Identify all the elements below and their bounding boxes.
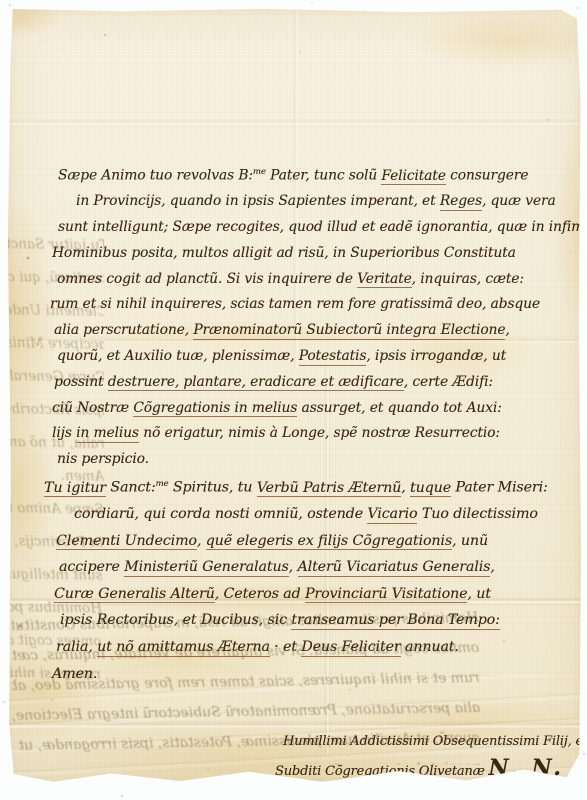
manuscript-text-segment: Tu igitur bbox=[44, 480, 106, 498]
manuscript-text-segment: consurgere bbox=[446, 168, 529, 184]
manuscript-text-segment: accipere bbox=[59, 559, 124, 575]
manuscript-text-segment: Felicitate bbox=[381, 168, 445, 186]
manuscript-text-segment: Humillimi Addictissimi Obsequentissimi F… bbox=[283, 734, 587, 749]
manuscript-text-segment: assurget, et quando tot Auxi: bbox=[297, 400, 502, 416]
manuscript-line: Sæpe Animo tuo revolvas B:me Pater, tunc… bbox=[58, 160, 587, 189]
manuscript-text-segment: in Provincijs, quando in ipsis Sapientes… bbox=[76, 193, 440, 209]
manuscript-line: ralia, ut nõ amittamus Æterna · et Deus … bbox=[56, 634, 548, 661]
manuscript-text-segment: destruere, plantare, eradicare et ædific… bbox=[108, 374, 404, 392]
manuscript-text-segment: Subditi Cõgregationis Olivetanæ bbox=[275, 764, 489, 779]
manuscript-text-segment: , Ceteros ad bbox=[215, 586, 305, 602]
manuscript-text-segment: Alterũ Vicariatus Generalis bbox=[298, 559, 491, 577]
manuscript-line: cordiarũ, qui corda nosti omniũ, ostende… bbox=[74, 501, 548, 528]
manuscript-text-segment: , inquiras, cæte: bbox=[412, 271, 524, 287]
scanned-letter: Tu igitur Sanct:me Spiritus, tu Verbũ Pa… bbox=[0, 0, 587, 800]
manuscript-text-segment: Amen. bbox=[52, 666, 97, 682]
manuscript-text-segment: possint bbox=[54, 374, 108, 390]
manuscript-text-segment: quorũ, et Auxilio tuæ, plenissimæ, bbox=[57, 348, 299, 364]
manuscript-line: Curæ Generalis Alterũ, Ceteros ad Provin… bbox=[54, 581, 548, 608]
manuscript-text-segment: Sanct: bbox=[106, 480, 156, 496]
manuscript-text-segment: Ministeriũ Generalatus bbox=[124, 559, 289, 577]
manuscript-line: ciũ Nostræ Cõgregationis in melius assur… bbox=[52, 396, 587, 422]
manuscript-text-segment: , ut bbox=[467, 586, 490, 602]
manuscript-page: Tu igitur Sanct:me Spiritus, tu Verbũ Pa… bbox=[8, 9, 581, 785]
manuscript-line: Hominibus posita, multos alligit ad risũ… bbox=[52, 241, 587, 267]
manuscript-line: nis perspicio. bbox=[57, 447, 587, 473]
manuscript-text-segment: Deus Feliciter bbox=[301, 639, 400, 657]
manuscript-line: Amen. bbox=[52, 661, 548, 688]
manuscript-text-segment: N. N. bbox=[489, 755, 564, 781]
manuscript-line: lijs in melius nõ erigatur, nimis à Long… bbox=[52, 421, 587, 447]
manuscript-line: accipere Ministeriũ Generalatus, Alterũ … bbox=[59, 554, 548, 581]
manuscript-text-segment: Sæpe Animo tuo revolvas B: bbox=[58, 168, 253, 184]
letter-body-paragraph-2: Tu igitur Sanct:me Spiritus, tu Verbũ Pa… bbox=[44, 471, 548, 687]
manuscript-text-segment: me bbox=[156, 479, 169, 489]
manuscript-text-segment: alia perscrutatione, bbox=[54, 322, 193, 338]
manuscript-text-segment: nõ erigatur, nimis à Longe, spẽ nostræ R… bbox=[139, 425, 500, 441]
manuscript-text-segment: Hominibus posita, multos alligit ad risũ… bbox=[52, 245, 516, 261]
manuscript-text-segment: ralia, bbox=[56, 639, 97, 655]
manuscript-line: omnes cogit ad planctũ. Si vis inquirere… bbox=[57, 267, 587, 293]
signature-line: Humillimi Addictissimi Obsequentissimi F… bbox=[283, 729, 587, 755]
manuscript-text-segment: ciũ Nostræ bbox=[52, 400, 133, 416]
manuscript-line: Tu igitur Sanct:me Spiritus, tu Verbũ Pa… bbox=[44, 471, 548, 501]
manuscript-text-segment: , unũ bbox=[452, 533, 488, 549]
manuscript-line: in Provincijs, quando in ipsis Sapientes… bbox=[76, 189, 587, 215]
manuscript-text-segment: Provinciarũ Visitatione bbox=[305, 586, 467, 604]
manuscript-text-segment: Pater Miseri: bbox=[451, 480, 548, 496]
manuscript-text-segment: nis perspicio. bbox=[57, 451, 149, 467]
manuscript-text-segment: , bbox=[197, 533, 206, 549]
manuscript-text-segment: Vicario bbox=[367, 506, 417, 524]
manuscript-line: quorũ, et Auxilio tuæ, plenissimæ, Potes… bbox=[57, 344, 587, 370]
manuscript-text-segment: , bbox=[490, 559, 494, 575]
manuscript-text-segment: ipsis Rectoribus, et Ducibus, sic bbox=[60, 612, 291, 628]
manuscript-text-segment: omnes cogit ad planctũ. Si vis inquirere… bbox=[57, 271, 357, 287]
fold-crease-horizontal bbox=[8, 119, 581, 125]
manuscript-text-segment: transeamus per Bona Tempo: bbox=[291, 612, 499, 630]
signature-line: Subditi Cõgregationis Olivetanæ N. N. bbox=[275, 755, 587, 785]
manuscript-text-segment: Verbũ Patris Æternũ bbox=[257, 480, 401, 498]
manuscript-text-segment: Cõgregationis in melius bbox=[133, 400, 297, 418]
manuscript-text-segment: , bbox=[505, 322, 509, 338]
manuscript-text-segment: Curæ Generalis Alterũ bbox=[54, 586, 215, 604]
manuscript-text-segment: Spiritus, tu bbox=[168, 480, 256, 496]
manuscript-text-segment: Tuo dilectissimo bbox=[417, 506, 537, 522]
manuscript-text-segment: Veritate bbox=[357, 271, 412, 289]
manuscript-text-segment: · et bbox=[270, 639, 302, 655]
manuscript-line: ipsis Rectoribus, et Ducibus, sic transe… bbox=[60, 607, 548, 634]
manuscript-text-segment: Reges bbox=[440, 193, 482, 211]
manuscript-text-segment: Prænominatorũ Subiectorũ integra Electio… bbox=[193, 322, 505, 340]
manuscript-text-segment: rum et si nihil inquireres, scias tamen … bbox=[50, 296, 540, 312]
manuscript-line: possint destruere, plantare, eradicare e… bbox=[54, 370, 587, 396]
manuscript-line: rum et si nihil inquireres, scias tamen … bbox=[50, 292, 587, 318]
fold-crease-horizontal bbox=[8, 721, 581, 729]
manuscript-text-segment: , certe Ædifi: bbox=[404, 374, 493, 390]
signature-block: Humillimi Addictissimi Obsequentissimi F… bbox=[275, 729, 587, 785]
manuscript-text-segment: tuque bbox=[410, 480, 451, 498]
manuscript-text-segment: sunt intelligunt; Sæpe recogites, quod i… bbox=[58, 219, 587, 235]
manuscript-text-segment: annuat. bbox=[401, 639, 459, 655]
manuscript-text-segment: in melius bbox=[76, 425, 139, 443]
manuscript-text-segment: , bbox=[289, 559, 298, 575]
manuscript-line: alia perscrutatione, Prænominatorũ Subie… bbox=[54, 318, 587, 344]
manuscript-line: Clementi Undecimo, quẽ elegeris ex filij… bbox=[56, 528, 548, 555]
bleedthrough-line: alia perscrutatione, Prænominatorũ Subie… bbox=[12, 693, 480, 731]
manuscript-text-segment: , ipsis irrogandæ, ut bbox=[366, 348, 506, 364]
manuscript-text-segment: quẽ elegeris ex filijs Cõgregationis bbox=[206, 533, 452, 551]
letter-body-paragraph-1: Sæpe Animo tuo revolvas B:me Pater, tunc… bbox=[50, 160, 587, 473]
manuscript-text-segment: Potestatis bbox=[299, 348, 367, 366]
manuscript-text-segment: me bbox=[253, 167, 266, 177]
manuscript-text-segment: lijs bbox=[52, 425, 76, 441]
manuscript-text-segment: , bbox=[401, 480, 410, 496]
manuscript-text-segment: cordiarũ, qui corda nosti omniũ, ostende bbox=[74, 506, 367, 522]
manuscript-line: sunt intelligunt; Sæpe recogites, quod i… bbox=[58, 215, 587, 241]
manuscript-text-segment: Clementi Undecimo bbox=[56, 533, 197, 551]
manuscript-text-segment: , quæ vera bbox=[482, 193, 556, 209]
manuscript-text-segment: Pater, tunc solũ bbox=[266, 168, 382, 184]
manuscript-text-segment: ut nõ amittamus Æterna bbox=[97, 639, 270, 657]
